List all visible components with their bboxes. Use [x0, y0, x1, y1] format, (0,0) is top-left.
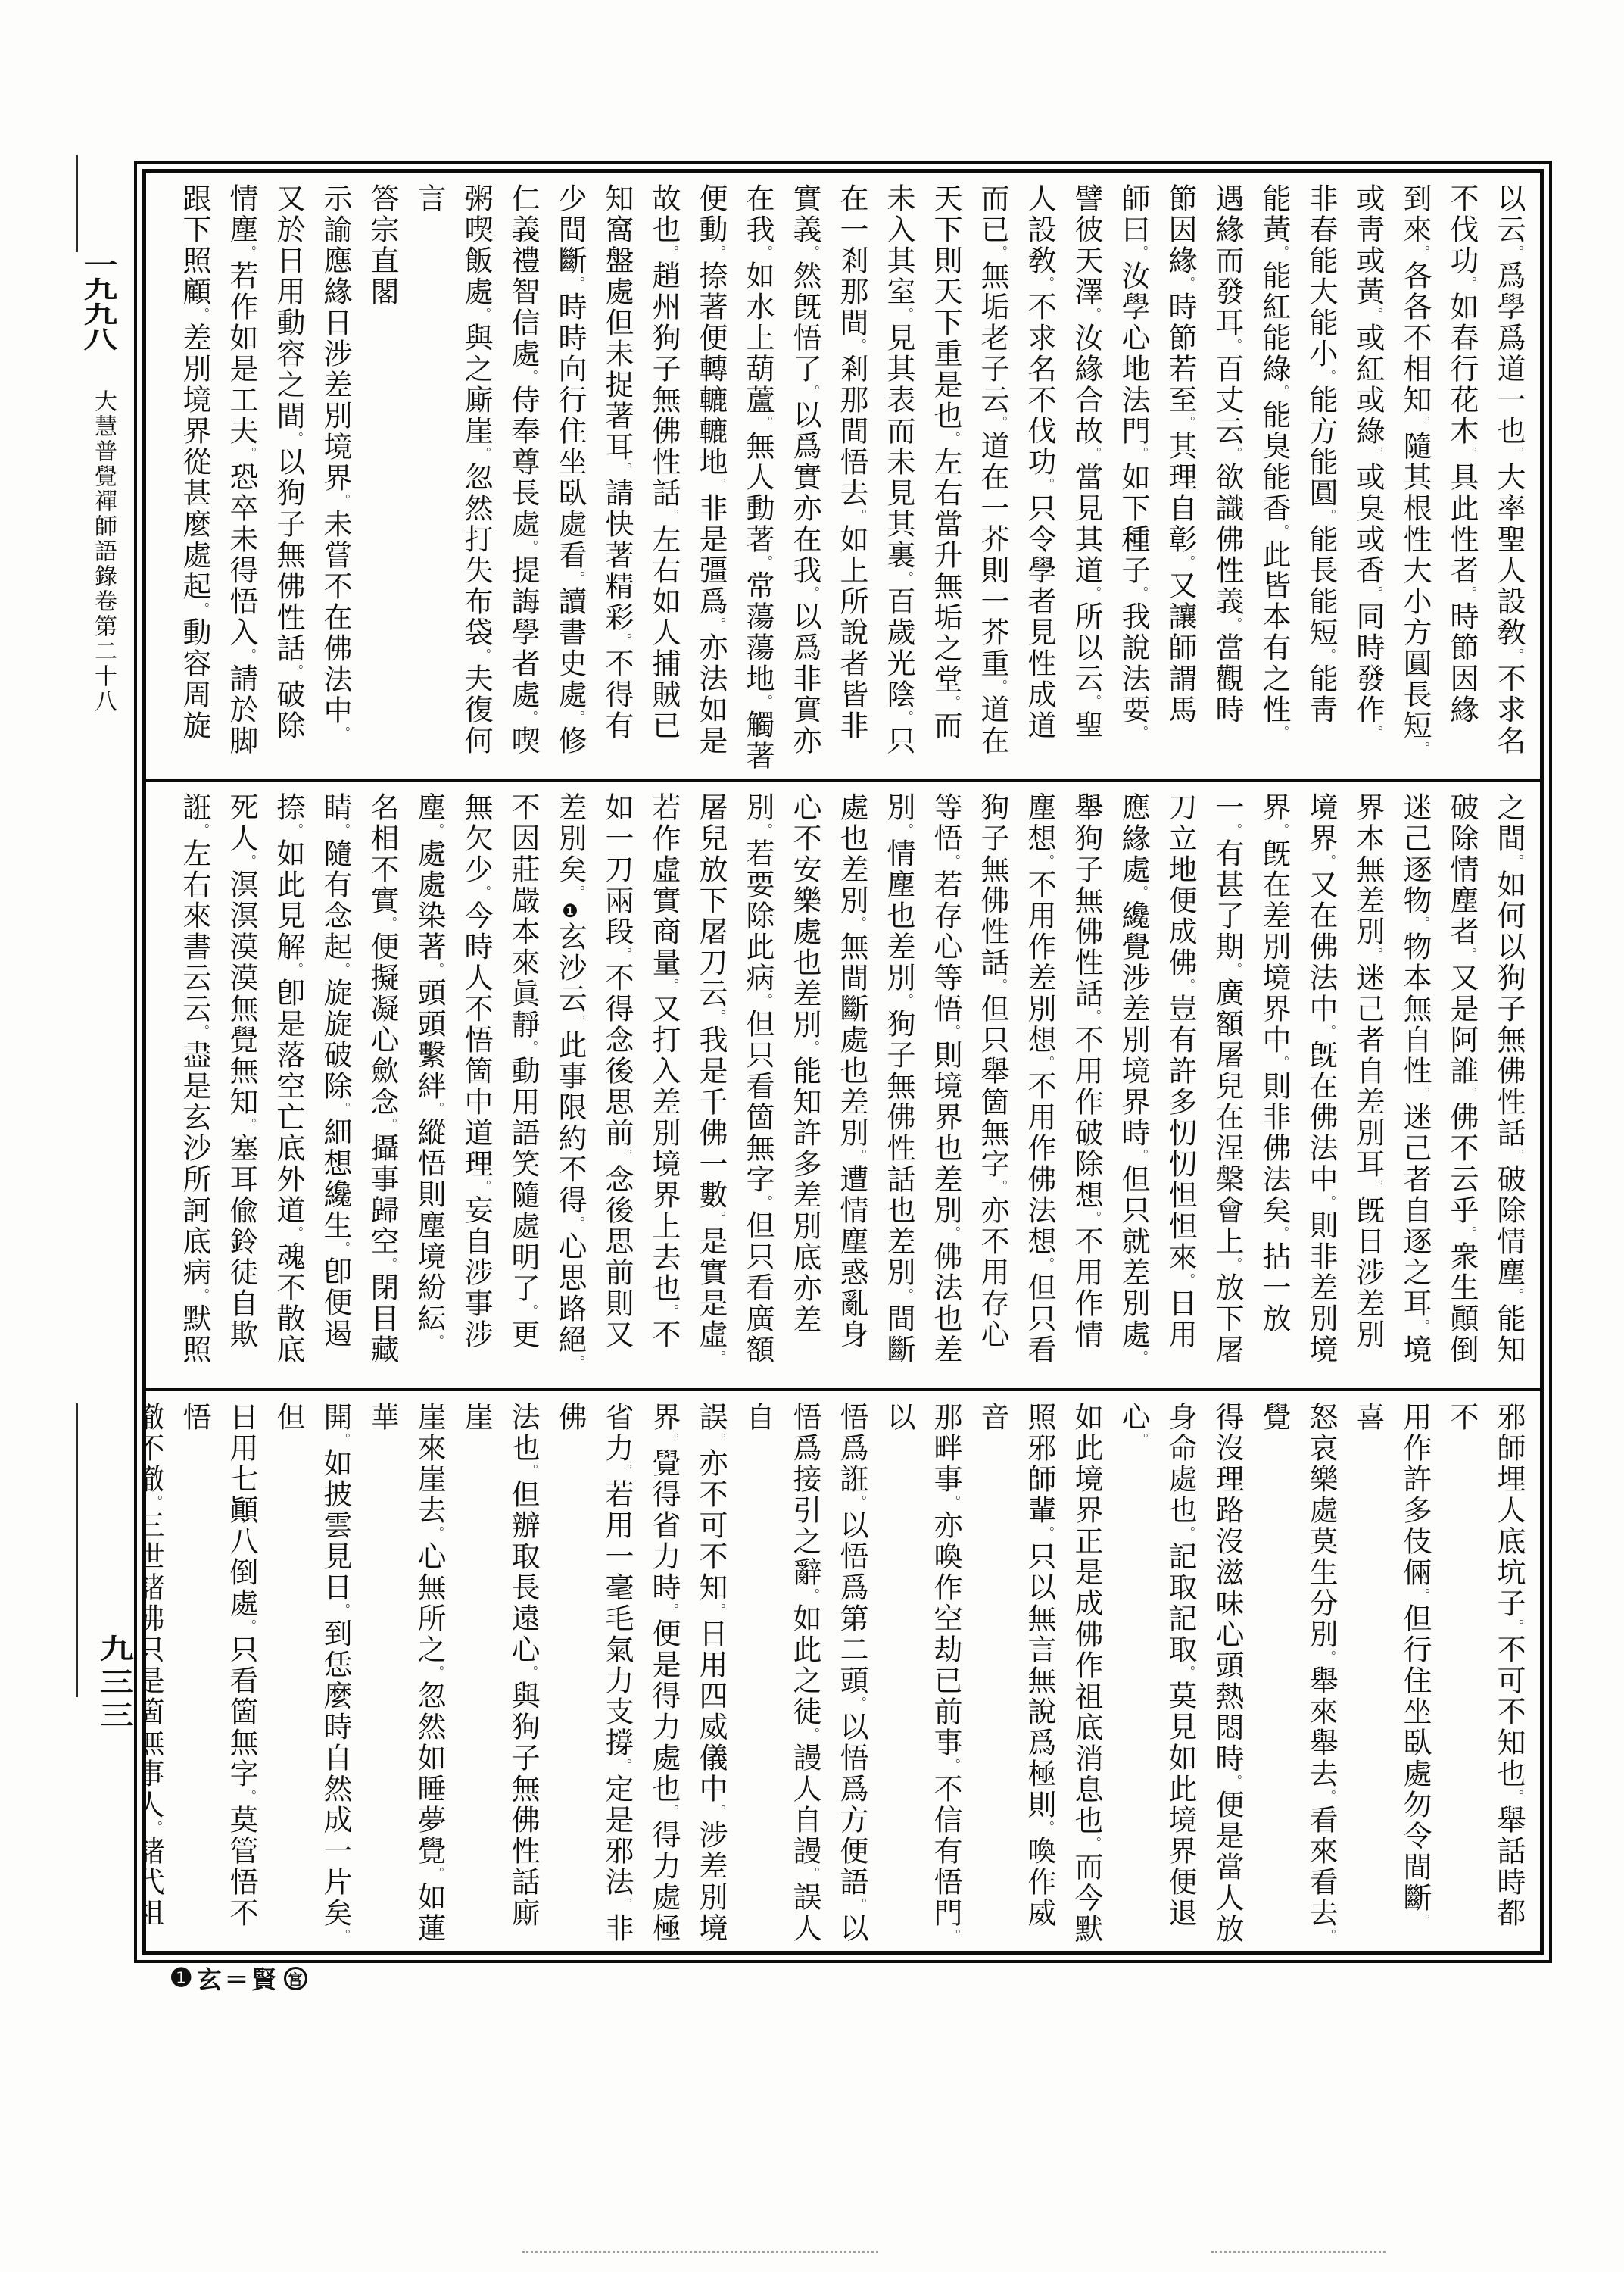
punctuation-circle: 。	[147, 1495, 162, 1510]
text-column: 不因莊嚴本來眞靜。動用語笑隨處明了。更	[500, 792, 547, 1388]
punctuation-circle: 。	[1461, 1226, 1476, 1241]
punctuation-circle: 。	[475, 447, 491, 462]
punctuation-circle: 。	[1508, 1790, 1523, 1805]
page-edge-line	[76, 1403, 78, 1697]
punctuation-circle: 。	[1180, 1273, 1195, 1288]
text-column: 悟爲誑。以悟爲第二頭。以悟爲方便語。以	[828, 1402, 875, 1951]
punctuation-circle: 。	[1461, 1087, 1476, 1102]
text-column: 界。旣在差別境界中。則非佛法矣。拈一放	[1251, 792, 1298, 1388]
punctuation-circle: 。	[194, 1288, 209, 1303]
punctuation-circle: 。	[1508, 1149, 1523, 1164]
punctuation-circle: 。	[194, 307, 209, 323]
punctuation-circle: 。	[757, 245, 772, 261]
punctuation-circle: 。	[475, 885, 491, 900]
text-column: 境界。又在佛法中。旣在佛法中。則非差別境	[1298, 792, 1345, 1388]
text-column: 未入其室。見其表而未見其裏。百歲光陰。只	[875, 183, 922, 779]
punctuation-circle: 。	[1039, 478, 1054, 493]
punctuation-circle: 。	[288, 963, 303, 978]
punctuation-circle: 。	[194, 602, 209, 617]
punctuation-circle: 。	[1180, 978, 1195, 994]
punctuation-circle: 。	[241, 1790, 256, 1805]
register-1: 以云。爲學爲道一也。大率聖人設敎。不求名不伐功。如春行花木。具此性者。時節因緣到…	[146, 173, 1540, 779]
scanned-page: 一九九八 大慧普覺禪師語錄卷第二十八 九三三 以云。爲學爲道一也。大率聖人設敎。…	[0, 0, 1624, 2272]
punctuation-circle: 。	[335, 1929, 350, 1944]
punctuation-circle: 。	[945, 854, 960, 869]
punctuation-circle: 。	[1414, 741, 1429, 757]
punctuation-circle: 。	[945, 1495, 960, 1510]
punctuation-circle: 。	[1086, 586, 1101, 601]
punctuation-circle: 。	[663, 1805, 678, 1820]
text-column: 睛。隨有念起。旋旋破除。細想纔生。卽便遏	[312, 792, 359, 1388]
punctuation-circle: 。	[757, 994, 772, 1009]
text-column: 若作虛實商量。又打入差別境界上去也。不	[641, 792, 687, 1388]
text-column: 人設敎。不求名不伐功。只令學者見性成道	[1016, 183, 1063, 779]
punctuation-circle: 。	[335, 1603, 350, 1618]
punctuation-circle: 。	[1180, 1526, 1195, 1541]
punctuation-circle: 。	[1133, 447, 1148, 462]
text-column: 捺。如此見解。卽是落空亡底外道。魂不散底	[265, 792, 312, 1388]
punctuation-circle: 。	[1320, 1929, 1336, 1944]
punctuation-circle: 。	[1039, 1056, 1054, 1071]
footnote-1-mark: ❶	[170, 1963, 192, 1993]
text-column: 等悟。若存心等悟。則境界也差別。佛法也差	[922, 792, 969, 1388]
punctuation-circle: 。	[1227, 823, 1242, 838]
text-column: 別。情塵也差別。狗子無佛性話也差別。間斷	[875, 792, 922, 1388]
text-column: 知窩盤處但未捉著耳。請快著精彩。不得有	[594, 183, 641, 779]
text-column: 應緣處。纔覺涉差別境界時。但只就差別處。	[1110, 792, 1157, 1388]
punctuation-circle: 。	[1461, 947, 1476, 963]
text-column: 天下則天下重是也。左右當升無垢之堂。而	[922, 183, 969, 779]
punctuation-circle: 。	[241, 854, 256, 869]
text-column: 法也。但辦取長遠心。與狗子無佛性話廝崖	[453, 1402, 547, 1951]
text-column: 實義。然旣悟了。以爲實亦在我。以爲非實亦	[781, 183, 828, 779]
punctuation-circle: 。	[1227, 339, 1242, 354]
punctuation-circle: 。	[710, 1010, 725, 1025]
text-column: 在我。如水上葫蘆。無人動著。常蕩蕩地。觸著	[734, 183, 781, 779]
punctuation-circle: 。	[1508, 1288, 1523, 1303]
punctuation-circle: 。	[1086, 694, 1101, 710]
punctuation-circle: 。	[1320, 1790, 1336, 1805]
punctuation-circle: 。	[1133, 1149, 1148, 1164]
punctuation-circle: 。	[1227, 1257, 1242, 1272]
punctuation-circle: 。	[1086, 1010, 1101, 1025]
text-column: 舉狗子無佛性話。不用作破除想。不用作情	[1063, 792, 1110, 1388]
volume-title: 大慧普覺禪師語錄卷第二十八	[86, 389, 120, 714]
text-column: 悟爲接引之辭。如此之徒。謾人自謾。誤人自	[734, 1402, 828, 1951]
punctuation-circle: 。	[1180, 416, 1195, 431]
punctuation-circle: 。	[616, 947, 631, 963]
punctuation-circle: 。	[1133, 1433, 1148, 1448]
punctuation-circle: 。	[1180, 1665, 1195, 1681]
collection-page-number: 一九九八	[73, 252, 122, 352]
punctuation-circle: 。	[1367, 586, 1382, 601]
punctuation-circle: 。	[851, 916, 866, 932]
punctuation-circle: 。	[945, 695, 960, 710]
punctuation-circle: 。	[288, 664, 303, 679]
text-column: 塵。處處染著。頭頭繫絆。縱悟則塵境紛紜。	[406, 792, 453, 1388]
text-column: 便動。捺著便轉轆轆地。非是彊爲。亦法如是	[687, 183, 734, 779]
text-column: 示諭應緣日涉差別境界。未嘗不在佛法中。	[312, 183, 359, 779]
text-column: 又於日用動容之間。以狗子無佛性話。破除	[265, 183, 312, 779]
punctuation-circle: 。	[569, 1015, 584, 1030]
punctuation-circle: 。	[663, 245, 678, 261]
punctuation-circle: 。	[663, 1304, 678, 1319]
punctuation-circle: 。	[945, 1025, 960, 1040]
text-column: 如一刀兩段。不得念後思前。念後思前則又	[594, 792, 641, 1388]
punctuation-circle: 。	[1367, 1180, 1382, 1195]
punctuation-circle: 。	[335, 1241, 350, 1256]
punctuation-circle: 。	[1320, 1195, 1336, 1210]
punctuation-circle: 。	[804, 245, 819, 261]
text-column: 而已。無垢老子云。道在一芥則一芥重。道在	[969, 183, 1016, 779]
punctuation-circle: 。	[1320, 370, 1336, 385]
punctuation-circle: 。	[710, 1433, 725, 1448]
punctuation-circle: 。	[429, 1334, 444, 1350]
text-column: 節因緣。時節若至。其理自彰。又讓師謂馬	[1157, 183, 1204, 779]
text-column: 言	[406, 183, 453, 779]
punctuation-circle: 。	[241, 648, 256, 663]
text-column: 身命處也。記取記取。莫見如此境界便退心。	[1110, 1402, 1204, 1951]
text-column: 誤。亦不可不知。日用四威儀中。涉差別境	[687, 1402, 734, 1951]
punctuation-circle: 。	[851, 1898, 866, 1913]
punctuation-circle: 。	[522, 370, 538, 385]
punctuation-circle: 。	[475, 1180, 491, 1195]
punctuation-circle: 。	[945, 432, 960, 447]
punctuation-circle: 。	[1273, 245, 1289, 261]
punctuation-circle: 。	[757, 555, 772, 570]
punctuation-circle: 。	[804, 385, 819, 400]
punctuation-circle: 。	[1320, 509, 1336, 524]
punctuation-circle: 。	[1273, 385, 1289, 400]
text-column: 名相不實。便擬凝心歛念。攝事歸空。閉目藏	[359, 792, 406, 1388]
punctuation-circle: 。	[663, 509, 678, 524]
punctuation-circle: 。	[429, 823, 444, 838]
text-column: 譬彼天澤。汝緣合故。當見其道。所以云。聖	[1063, 183, 1110, 779]
punctuation-circle: 。	[710, 1350, 725, 1365]
punctuation-circle: 。	[1320, 854, 1336, 869]
punctuation-circle: 。	[1133, 1350, 1148, 1365]
punctuation-circle: 。	[1086, 307, 1101, 323]
punctuation-circle: 。	[1461, 586, 1476, 601]
text-column: 用作許多伎倆。但行住坐臥處勿令間斷。喜	[1345, 1402, 1439, 1951]
punctuation-circle: 。	[898, 571, 913, 586]
punctuation-circle: 。	[288, 1226, 303, 1241]
punctuation-circle: 。	[1414, 416, 1429, 431]
text-column: 一。有甚了期。廣額屠兒在涅槃會上。放下屠	[1204, 792, 1251, 1388]
text-column: 仁義禮智信處。侍奉尊長處。提誨學者處。喫	[500, 183, 547, 779]
scan-artifact	[522, 2251, 878, 2253]
punctuation-circle: 。	[429, 963, 444, 978]
text-column: 屠兒放下屠刀云。我是千佛一數。是實是虛。	[687, 792, 734, 1388]
text-column: 不伐功。如春行花木。具此性者。時節因緣	[1439, 183, 1485, 779]
punctuation-circle: 。	[382, 1257, 397, 1272]
punctuation-circle: 。	[1086, 1211, 1101, 1226]
punctuation-circle: 。	[851, 1696, 866, 1712]
punctuation-circle: 。	[241, 447, 256, 462]
punctuation-circle: 。	[382, 916, 397, 932]
punctuation-circle: 。	[569, 885, 584, 900]
text-column: 師曰。汝學心地法門。如下種子。我說法要。	[1110, 183, 1157, 779]
punctuation-circle: 。	[1414, 916, 1429, 932]
punctuation-circle: 。	[522, 1464, 538, 1479]
punctuation-circle: 。	[1227, 963, 1242, 978]
punctuation-circle: 。	[1133, 586, 1148, 601]
collation-note-text: 玄＝賢	[197, 1961, 279, 1996]
punctuation-circle: 。	[616, 1759, 631, 1774]
footnote-1-marker: ❶	[560, 900, 581, 922]
punctuation-circle: 。	[241, 1118, 256, 1133]
register-3: 邪師埋人底坑子。不可不知也。舉話時都不用作許多伎倆。但行住坐臥處勿令間斷。喜怒哀…	[146, 1391, 1540, 1951]
punctuation-circle: 。	[335, 1433, 350, 1448]
text-column: 無欠少。今時人不悟箇中道理。妄自涉事涉	[453, 792, 500, 1388]
punctuation-circle: 。	[1508, 648, 1523, 663]
punctuation-circle: 。	[569, 571, 584, 586]
punctuation-circle: 。	[898, 823, 913, 838]
text-column: 或靑或黃。或紅或綠。或臭或香。同時發作。	[1345, 183, 1392, 779]
text-column: 界。覺得省力時。便是得力處也。得力處極	[641, 1402, 687, 1951]
punctuation-circle: 。	[1086, 447, 1101, 462]
text-column: 迷己逐物。物本無自性。迷己者自逐之耳。境	[1392, 792, 1439, 1388]
text-column: 得沒理路沒滋味心頭熱悶時。便是當人放	[1204, 1402, 1251, 1951]
punctuation-circle: 。	[1273, 1056, 1289, 1071]
text-column: 界本無差別。迷己者自差別耳。旣日涉差別	[1345, 792, 1392, 1388]
punctuation-circle: 。	[241, 1619, 256, 1634]
punctuation-circle: 。	[522, 1304, 538, 1319]
punctuation-circle: 。	[1227, 617, 1242, 632]
text-column: 心不安樂處也差別。能知許多差別底亦差	[781, 792, 828, 1388]
punctuation-circle: 。	[335, 963, 350, 978]
punctuation-circle: 。	[992, 679, 1007, 694]
punctuation-circle: 。	[569, 1356, 584, 1371]
letter-heading: 答宗直閣	[359, 183, 406, 779]
punctuation-circle: 。	[1039, 1821, 1054, 1836]
punctuation-circle: 。	[898, 307, 913, 323]
punctuation-circle: 。	[616, 1898, 631, 1913]
text-column: 粥喫飯處。與之廝崖。忽然打失布袋。夫復何	[453, 183, 500, 779]
punctuation-circle: 。	[992, 1180, 1007, 1195]
punctuation-circle: 。	[475, 307, 491, 323]
text-column: 日用七顚八倒處。只看箇無字。莫管悟不悟	[171, 1402, 265, 1951]
punctuation-circle: 。	[898, 994, 913, 1009]
text-column: 省力。若用一毫毛氣力支撐。定是邪法。非佛	[547, 1402, 641, 1951]
punctuation-circle: 。	[945, 1929, 960, 1944]
punctuation-circle: 。	[335, 494, 350, 509]
punctuation-circle: 。	[1414, 1914, 1429, 1929]
punctuation-circle: 。	[429, 1526, 444, 1541]
edition-mark: 宮	[284, 1967, 307, 1990]
punctuation-circle: 。	[1320, 1650, 1336, 1665]
punctuation-circle: 。	[475, 648, 491, 663]
punctuation-circle: 。	[945, 1226, 960, 1241]
text-column: 少間斷。時時向行住坐臥處看。讀書史處。修	[547, 183, 594, 779]
page-edge-line	[76, 155, 78, 252]
punctuation-circle: 。	[851, 1149, 866, 1164]
text-column: 別。若要除此病。但只看箇無字。但只看廣額	[734, 792, 781, 1388]
punctuation-circle: 。	[663, 978, 678, 994]
punctuation-circle: 。	[241, 245, 256, 261]
punctuation-circle: 。	[1227, 1774, 1242, 1790]
text-column: 邪師埋人底坑子。不可不知也。舉話時都不	[1439, 1402, 1532, 1951]
punctuation-circle: 。	[945, 1759, 960, 1774]
punctuation-circle: 。	[569, 276, 584, 292]
punctuation-circle: 。	[663, 1433, 678, 1448]
punctuation-circle: 。	[1461, 276, 1476, 292]
punctuation-circle: 。	[898, 1288, 913, 1303]
punctuation-circle: 。	[1039, 854, 1054, 869]
punctuation-circle: 。	[1227, 447, 1242, 462]
register-2: 之間。如何以狗子無佛性話。破除情塵。能知破除情塵者。又是阿誰。佛不云乎。衆生顚倒…	[146, 782, 1540, 1388]
text-column: 死人。溟溟漠漠無覺無知。塞耳偸鈴徒自欺	[218, 792, 265, 1388]
punctuation-circle: 。	[992, 245, 1007, 261]
punctuation-circle: 。	[1461, 447, 1476, 462]
text-column: 跟下照顧。差別境界從甚麼處起。動容周旋	[171, 183, 218, 779]
punctuation-circle: 。	[1039, 1257, 1054, 1272]
punctuation-circle: 。	[710, 617, 725, 632]
text-column: 破除情塵者。又是阿誰。佛不云乎。衆生顚倒	[1439, 792, 1485, 1388]
text-column: 崖來崖去。心無所之。忽然如睡夢覺。如蓮華	[359, 1402, 453, 1951]
punctuation-circle: 。	[710, 478, 725, 493]
punctuation-circle: 。	[992, 978, 1007, 994]
punctuation-circle: 。	[522, 1041, 538, 1056]
leaf-number: 九三三	[91, 1634, 139, 1734]
punctuation-circle: 。	[804, 1041, 819, 1056]
text-column: 在一剎那間。剎那間悟去。如上所說者皆非	[828, 183, 875, 779]
punctuation-circle: 。	[851, 1495, 866, 1510]
scan-artifact	[1211, 2251, 1386, 2253]
punctuation-circle: 。	[757, 416, 772, 431]
text-column: 怒哀樂處莫生分別。舉來舉去。看來看去。覺	[1251, 1402, 1345, 1951]
punctuation-circle: 。	[616, 1464, 631, 1479]
punctuation-circle: 。	[1367, 726, 1382, 741]
punctuation-circle: 。	[335, 726, 350, 741]
text-column: 情塵。若作如是工夫。恐卒未得悟入。請於脚	[218, 183, 265, 779]
text-frame: 以云。爲學爲道一也。大率聖人設敎。不求名不伐功。如春行花木。具此性者。時節因緣到…	[134, 161, 1552, 1963]
punctuation-circle: 。	[382, 1118, 397, 1133]
punctuation-circle: 。	[1039, 1526, 1054, 1541]
punctuation-circle: 。	[1273, 823, 1289, 838]
punctuation-circle: 。	[1414, 1087, 1429, 1102]
punctuation-circle: 。	[288, 432, 303, 447]
punctuation-circle: 。	[710, 245, 725, 261]
punctuation-circle: 。	[663, 1603, 678, 1618]
punctuation-circle: 。	[1086, 1837, 1101, 1852]
collation-note: ❶ 玄＝賢 宮	[170, 1963, 307, 1993]
punctuation-circle: 。	[147, 1821, 162, 1836]
punctuation-circle: 。	[1320, 1025, 1336, 1040]
punctuation-circle: 。	[429, 1867, 444, 1882]
punctuation-circle: 。	[757, 823, 772, 838]
punctuation-circle: 。	[569, 1216, 584, 1231]
punctuation-circle: 。	[288, 823, 303, 838]
punctuation-circle: 。	[1133, 245, 1148, 261]
punctuation-circle: 。	[804, 1588, 819, 1603]
text-column: 到來。各各不相知。隨其根性大小方圓長短。	[1392, 183, 1439, 779]
punctuation-circle: 。	[1273, 1226, 1289, 1241]
text-frame-inner: 以云。爲學爲道一也。大率聖人設敎。不求名不伐功。如春行花木。具此性者。時節因緣到…	[142, 169, 1544, 1955]
punctuation-circle: 。	[1508, 854, 1523, 869]
text-column: 狗子無佛性話。但只舉箇無字。亦不用存心	[969, 792, 1016, 1388]
punctuation-circle: 。	[992, 416, 1007, 431]
punctuation-circle: 。	[616, 463, 631, 478]
punctuation-circle: 。	[1414, 1319, 1429, 1334]
text-column: 那畔事。亦喚作空劫已前事。不信有悟門。以	[875, 1402, 969, 1951]
punctuation-circle: 。	[522, 1665, 538, 1681]
text-column: 非春能大能小。能方能圓。能長能短。能靑	[1298, 183, 1345, 779]
text-column: 徹不徹。三世諸佛只是箇無事人。諸代祖師	[146, 1402, 171, 1951]
punctuation-circle: 。	[522, 540, 538, 555]
punctuation-circle: 。	[616, 1149, 631, 1164]
text-column: 如此境界正是成佛作祖底消息也。而今默	[1063, 1402, 1110, 1951]
punctuation-circle: 。	[1414, 245, 1429, 261]
punctuation-circle: 。	[1367, 947, 1382, 963]
punctuation-circle: 。	[757, 1195, 772, 1210]
text-column: 誑。左右來書云云。盡是玄沙所訶底病。默照	[171, 792, 218, 1388]
text-column: 照邪師輩。只以無言無說爲極則。喚作威音	[969, 1402, 1063, 1951]
punctuation-circle: 。	[1508, 245, 1523, 261]
punctuation-circle: 。	[1367, 447, 1382, 462]
punctuation-circle: 。	[804, 1867, 819, 1882]
punctuation-circle: 。	[1508, 447, 1523, 462]
punctuation-circle: 。	[1273, 726, 1289, 741]
punctuation-circle: 。	[429, 1665, 444, 1681]
punctuation-circle: 。	[804, 1727, 819, 1743]
punctuation-circle: 。	[1320, 648, 1336, 663]
text-column: 開。如披雲見日。到恁麼時自然成一片矣。但	[265, 1402, 359, 1951]
punctuation-circle: 。	[851, 339, 866, 354]
punctuation-circle: 。	[194, 1025, 209, 1040]
punctuation-circle: 。	[757, 694, 772, 710]
text-column: 處也差別。無間斷處也差別。遭情塵惑亂身	[828, 792, 875, 1388]
punctuation-circle: 。	[1367, 307, 1382, 323]
punctuation-circle: 。	[1133, 726, 1148, 741]
punctuation-circle: 。	[851, 509, 866, 524]
punctuation-circle: 。	[1180, 555, 1195, 570]
punctuation-circle: 。	[898, 710, 913, 726]
punctuation-circle: 。	[569, 710, 584, 726]
text-column: 之間。如何以狗子無佛性話。破除情塵。能知	[1485, 792, 1532, 1388]
text-column: 遇緣而發耳。百丈云。欲識佛性義。當觀時	[1204, 183, 1251, 779]
text-column: 故也。趙州狗子無佛性話。左右如人捕賊已	[641, 183, 687, 779]
punctuation-circle: 。	[1508, 1619, 1523, 1634]
punctuation-circle: 。	[335, 823, 350, 838]
punctuation-circle: 。	[1133, 885, 1148, 900]
punctuation-circle: 。	[804, 586, 819, 601]
punctuation-circle: 。	[616, 633, 631, 648]
punctuation-circle: 。	[1414, 1588, 1429, 1603]
punctuation-circle: 。	[1273, 524, 1289, 539]
punctuation-circle: 。	[710, 1211, 725, 1226]
punctuation-circle: 。	[335, 1102, 350, 1117]
punctuation-circle: 。	[194, 823, 209, 838]
text-column: 塵想。不用作差別想。不用作佛法想。但只看	[1016, 792, 1063, 1388]
punctuation-circle: 。	[1039, 276, 1054, 292]
punctuation-circle: 。	[710, 1805, 725, 1820]
punctuation-circle: 。	[522, 710, 538, 726]
text-column: 以云。爲學爲道一也。大率聖人設敎。不求名	[1485, 183, 1532, 779]
text-column: 刀立地便成佛。豈有許多忉忉怛怛來。日用	[1157, 792, 1204, 1388]
punctuation-circle: 。	[1180, 276, 1195, 292]
punctuation-circle: 。	[429, 1102, 444, 1117]
punctuation-circle: 。	[710, 1603, 725, 1618]
text-column: 差別矣。❶玄沙云。此事限約不得。心思路絕。	[547, 792, 594, 1388]
text-column: 能黃。能紅能綠。能臭能香。此皆本有之性。	[1251, 183, 1298, 779]
